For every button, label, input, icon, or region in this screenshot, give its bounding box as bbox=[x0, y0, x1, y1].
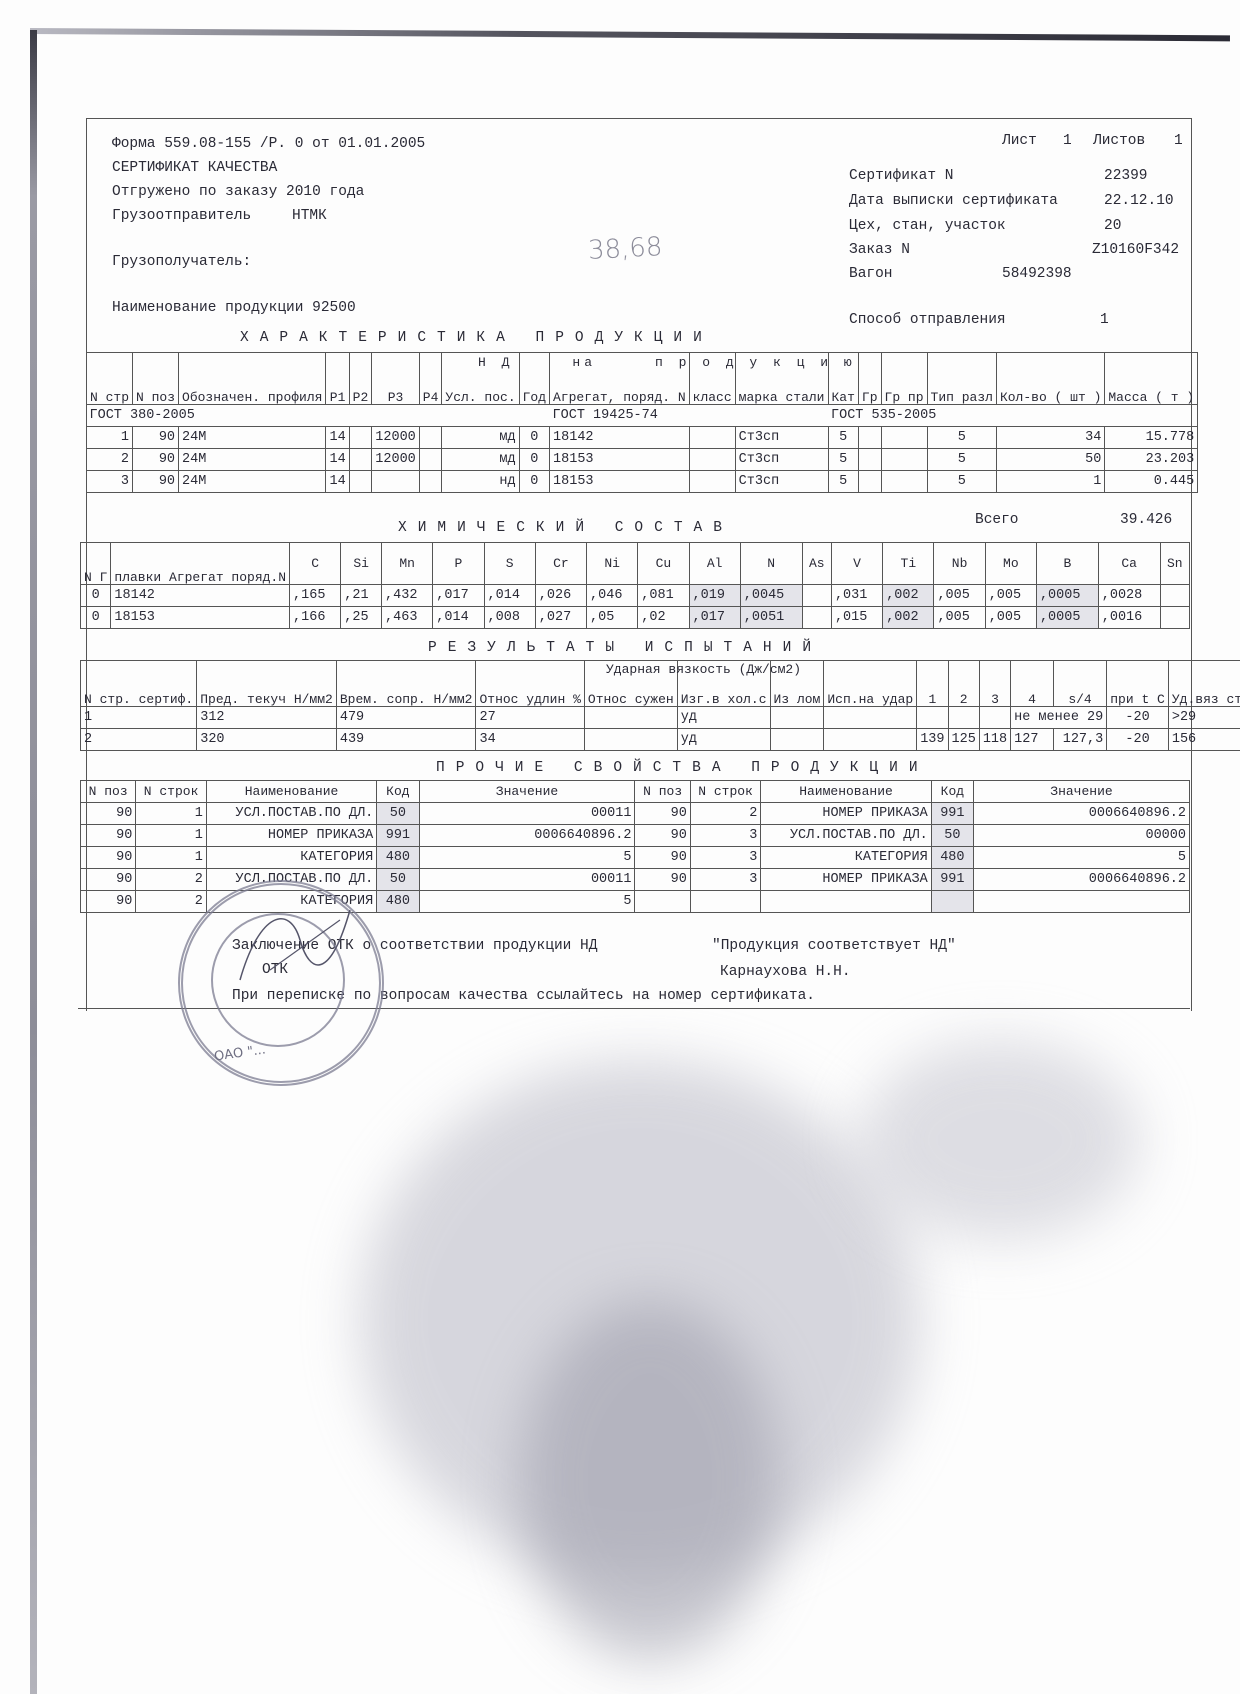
cell-klass bbox=[689, 471, 735, 493]
cell-year: 0 bbox=[519, 471, 549, 493]
cell-p3 bbox=[372, 471, 420, 493]
col-qty: Кол-во ( шт ) bbox=[996, 353, 1104, 405]
col-aged: Уд.вяз старен Дж/см2 bbox=[1168, 661, 1240, 707]
cell-tip: 5 bbox=[927, 471, 996, 493]
cell-i2: 125 bbox=[948, 729, 979, 751]
col-element: Mo bbox=[985, 543, 1036, 585]
col-element: Cr bbox=[535, 543, 586, 585]
cell-value: ,081 bbox=[638, 585, 689, 607]
cell-left-poz: 90 bbox=[81, 803, 136, 825]
cell-value: ,005 bbox=[934, 607, 985, 629]
cell-value: ,017 bbox=[689, 607, 740, 629]
cell-value: ,019 bbox=[689, 585, 740, 607]
col-element: Mn bbox=[382, 543, 433, 585]
col-element: B bbox=[1036, 543, 1098, 585]
cell-grade: Ст3сп bbox=[735, 471, 828, 493]
cell-right-str: 3 bbox=[690, 847, 761, 869]
signature bbox=[230, 900, 370, 990]
wagon-value: 58492398 bbox=[1002, 266, 1072, 282]
cell-right-poz: 90 bbox=[635, 825, 690, 847]
col-p2: P2 bbox=[349, 353, 372, 405]
col-mass: Масса ( т ) bbox=[1105, 353, 1198, 405]
table-row: 232043934уд139125118127127,3-20156 bbox=[81, 729, 1240, 751]
cell-value: ,008 bbox=[484, 607, 535, 629]
col-element: N bbox=[740, 543, 802, 585]
table-row: 901УСЛ.ПОСТАВ.ПО ДЛ.5000011902НОМЕР ПРИК… bbox=[81, 803, 1190, 825]
impact-header: Ударная вязкость (Дж/см2) bbox=[606, 662, 801, 677]
cell-temp: -20 bbox=[1107, 707, 1169, 729]
cert-number: 22399 bbox=[1104, 168, 1148, 184]
cell-impact_test bbox=[824, 729, 917, 751]
cell-right-name: КАТЕГОРИЯ bbox=[761, 847, 931, 869]
cell-left-code: 480 bbox=[377, 891, 419, 913]
consignee-label: Грузополучатель: bbox=[112, 254, 251, 270]
col-element: V bbox=[831, 543, 882, 585]
col-n-poz: N поз bbox=[133, 353, 179, 405]
col-impact: 4 bbox=[1011, 661, 1054, 707]
cell-gr bbox=[858, 471, 881, 493]
inspector-name: Карнаухова Н.Н. bbox=[720, 964, 851, 980]
cell-right-poz: 90 bbox=[635, 847, 690, 869]
cell-tip: 5 bbox=[927, 427, 996, 449]
table-row: 018142,165,21,432,017,014,026,046,081,01… bbox=[81, 585, 1190, 607]
cell-value: ,463 bbox=[382, 607, 433, 629]
shop-label: Цех, стан, участок bbox=[849, 218, 1006, 234]
shipper-label: Грузоотправитель bbox=[112, 208, 251, 224]
table-row: 39024М14нд018153Ст3сп5510.445 bbox=[87, 471, 1198, 493]
table-row: 131247927удне менее 29-20>29 bbox=[81, 707, 1240, 729]
standard-right: ГОСТ 535-2005 bbox=[831, 408, 936, 423]
cell-gr bbox=[858, 449, 881, 471]
cell-left-str: 1 bbox=[136, 847, 207, 869]
standard-left-cell: ГОСТ 380-2005 bbox=[87, 405, 550, 427]
standard-left: ГОСТ 380-2005 bbox=[90, 408, 195, 423]
cell-left-str: 1 bbox=[136, 825, 207, 847]
cell-i1 bbox=[917, 707, 948, 729]
cell-usl: мд bbox=[442, 449, 519, 471]
cell-p3: 12000 bbox=[372, 449, 420, 471]
col-element: As bbox=[802, 543, 831, 585]
cell-kat: 5 bbox=[828, 427, 858, 449]
cell-right-value: 5 bbox=[974, 847, 1190, 869]
cell-value: ,165 bbox=[290, 585, 341, 607]
cell-i3 bbox=[979, 707, 1010, 729]
cell-value: ,0005 bbox=[1036, 585, 1098, 607]
cell-right-str: 3 bbox=[690, 869, 761, 891]
cell-value: ,005 bbox=[934, 585, 985, 607]
cell-gr bbox=[858, 427, 881, 449]
cell-value: ,0016 bbox=[1098, 607, 1160, 629]
cell-p1: 14 bbox=[326, 471, 349, 493]
cell-value: ,027 bbox=[535, 607, 586, 629]
cell-right-poz: 90 bbox=[635, 803, 690, 825]
cell-value: ,21 bbox=[341, 585, 382, 607]
cell-value: ,005 bbox=[985, 585, 1036, 607]
cell-value bbox=[1160, 607, 1189, 629]
sheet-value: 1 bbox=[1063, 133, 1072, 149]
cell-break bbox=[770, 729, 824, 751]
col-prop: N строк bbox=[136, 781, 207, 803]
cell-value: ,031 bbox=[831, 585, 882, 607]
cell-year: 0 bbox=[519, 449, 549, 471]
cell-left-code: 480 bbox=[377, 847, 419, 869]
cell-value: ,002 bbox=[883, 585, 934, 607]
cell-i1: 139 bbox=[917, 729, 948, 751]
order-label: Заказ N bbox=[849, 242, 910, 258]
cell-heat: 18153 bbox=[111, 607, 290, 629]
cell-heat: 18142 bbox=[550, 427, 690, 449]
table-row: 29024М1412000мд018153Ст3сп555023.203 bbox=[87, 449, 1198, 471]
cell-value: ,017 bbox=[433, 585, 484, 607]
cell-left-str: 1 bbox=[136, 803, 207, 825]
col-test: N стр. сертиф. bbox=[81, 661, 197, 707]
cell-s4: 127,3 bbox=[1053, 729, 1106, 751]
cell-left-poz: 90 bbox=[81, 825, 136, 847]
shipped-order: Отгружено по заказу 2010 года bbox=[112, 184, 364, 200]
characteristics-table: N стр N поз Обозначен. профиля P1 P2 P3 … bbox=[86, 352, 1198, 493]
col-test: Относ удлин % bbox=[476, 661, 584, 707]
cell-usl: мд bbox=[442, 427, 519, 449]
cell-kat: 5 bbox=[828, 471, 858, 493]
cell-right-str bbox=[690, 891, 761, 913]
cell-value: ,0005 bbox=[1036, 607, 1098, 629]
cell-grpr bbox=[881, 471, 927, 493]
cell-p2 bbox=[349, 427, 372, 449]
chemistry-table: N Гплавки Агрегат поряд.NCSiMnPSCrNiCuAl… bbox=[80, 542, 1190, 629]
shipping-method-value: 1 bbox=[1100, 312, 1109, 328]
col-prop: Наименование bbox=[761, 781, 931, 803]
col-element: C bbox=[290, 543, 341, 585]
cert-number-label: Сертификат N bbox=[849, 168, 953, 184]
cell-n: 2 bbox=[81, 729, 197, 751]
cell-yield: 312 bbox=[197, 707, 337, 729]
col-p4: P4 bbox=[419, 353, 442, 405]
cell-value: ,015 bbox=[831, 607, 882, 629]
cell-p2 bbox=[349, 471, 372, 493]
cell-p2 bbox=[349, 449, 372, 471]
cell-value: ,014 bbox=[433, 607, 484, 629]
col-prop: Наименование bbox=[206, 781, 376, 803]
cell-right-code bbox=[931, 891, 973, 913]
cell-left-str: 2 bbox=[136, 891, 207, 913]
cell-right-str: 3 bbox=[690, 825, 761, 847]
cell-grpr bbox=[881, 449, 927, 471]
cell-value: ,026 bbox=[535, 585, 586, 607]
total-label: Всего bbox=[975, 512, 1019, 528]
col-element: P bbox=[433, 543, 484, 585]
shipper-value: НТМК bbox=[292, 208, 327, 224]
col-prop: N поз bbox=[635, 781, 690, 803]
cell-yield: 320 bbox=[197, 729, 337, 751]
col-klass: класс bbox=[689, 353, 735, 405]
col-element: Si bbox=[341, 543, 382, 585]
cell-left-str: 2 bbox=[136, 869, 207, 891]
col-grpr: Гр пр bbox=[881, 353, 927, 405]
cell-value bbox=[802, 585, 831, 607]
table-row: 19024М1412000мд018142Ст3сп553415.778 bbox=[87, 427, 1198, 449]
cell-aged: 156 bbox=[1168, 729, 1240, 751]
cell-right-value bbox=[974, 891, 1190, 913]
col-impact: 2 bbox=[948, 661, 979, 707]
cell-grpr bbox=[881, 427, 927, 449]
cell-qty: 50 bbox=[996, 449, 1104, 471]
cell-value bbox=[802, 607, 831, 629]
cell-right-code: 50 bbox=[931, 825, 973, 847]
cell-left-value: 0006640896.2 bbox=[419, 825, 635, 847]
col-p1: P1 bbox=[326, 353, 349, 405]
cell-usl: нд bbox=[442, 471, 519, 493]
cell-value: ,046 bbox=[587, 585, 638, 607]
cell-p4 bbox=[419, 427, 442, 449]
cell-left-value: 00011 bbox=[419, 803, 635, 825]
col-temp: при t С bbox=[1107, 661, 1169, 707]
cell-heat: 18153 bbox=[550, 471, 690, 493]
cell-value: ,0045 bbox=[740, 585, 802, 607]
col-element: Sn bbox=[1160, 543, 1189, 585]
table-row: 901НОМЕР ПРИКАЗА9910006640896.2903УСЛ.ПО… bbox=[81, 825, 1190, 847]
cell-n_poz: 90 bbox=[133, 449, 179, 471]
cell-left-value: 00011 bbox=[419, 869, 635, 891]
cell-profile: 24М bbox=[179, 427, 326, 449]
cell-bend: уд bbox=[677, 707, 770, 729]
cell-i4: 127 bbox=[1011, 729, 1054, 751]
col-prop: N строк bbox=[690, 781, 761, 803]
form-number: Форма 559.08-155 /Р. 0 от 01.01.2005 bbox=[112, 136, 425, 152]
cell-qty: 34 bbox=[996, 427, 1104, 449]
col-gr: Гр bbox=[858, 353, 881, 405]
cell-mass: 15.778 bbox=[1105, 427, 1198, 449]
cell-value: ,0051 bbox=[740, 607, 802, 629]
cell-grade: Ст3сп bbox=[735, 449, 828, 471]
col-usl: Усл. пос. bbox=[442, 353, 519, 405]
cell-impact_test bbox=[824, 707, 917, 729]
cell-left-poz: 90 bbox=[81, 869, 136, 891]
cell-value bbox=[1160, 585, 1189, 607]
cell-profile: 24М bbox=[179, 471, 326, 493]
cell-klass bbox=[689, 449, 735, 471]
col-p3: P3 bbox=[372, 353, 420, 405]
wagon-label: Вагон bbox=[849, 266, 893, 282]
col-impact: 3 bbox=[979, 661, 1010, 707]
col-test: Врем. сопр. Н/мм2 bbox=[336, 661, 476, 707]
cell-g: 0 bbox=[81, 607, 111, 629]
col-impact: s/4 bbox=[1053, 661, 1106, 707]
cell-value: ,002 bbox=[883, 607, 934, 629]
cell-right-value: 0006640896.2 bbox=[974, 869, 1190, 891]
cell-value: ,166 bbox=[290, 607, 341, 629]
cell-n_str: 1 bbox=[87, 427, 133, 449]
cell-i3: 118 bbox=[979, 729, 1010, 751]
sheets-value: 1 bbox=[1174, 133, 1183, 149]
cell-n_str: 2 bbox=[87, 449, 133, 471]
col-element: Ti bbox=[883, 543, 934, 585]
cell-left-poz: 90 bbox=[81, 847, 136, 869]
cell-right-poz: 90 bbox=[635, 869, 690, 891]
col-prop: Код bbox=[931, 781, 973, 803]
cell-heat: 18142 bbox=[111, 585, 290, 607]
cell-n_str: 3 bbox=[87, 471, 133, 493]
cell-impact-note: не менее 29 bbox=[1011, 707, 1107, 729]
col-aggregate: Агрегат, поряд. N bbox=[550, 353, 690, 405]
cell-value: ,005 bbox=[985, 607, 1036, 629]
cell-g: 0 bbox=[81, 585, 111, 607]
cell-temp: -20 bbox=[1107, 729, 1169, 751]
table-row: 901КАТЕГОРИЯ4805903КАТЕГОРИЯ4805 bbox=[81, 847, 1190, 869]
cell-value: ,432 bbox=[382, 585, 433, 607]
cell-right-code: 991 bbox=[931, 803, 973, 825]
total-mass: 39.426 bbox=[1120, 512, 1172, 528]
col-n-str: N стр bbox=[87, 353, 133, 405]
col-profile: Обозначен. профиля bbox=[179, 353, 326, 405]
col-tip: Тип разл bbox=[927, 353, 996, 405]
cell-mass: 23.203 bbox=[1105, 449, 1198, 471]
col-element: S bbox=[484, 543, 535, 585]
cell-tensile: 439 bbox=[336, 729, 476, 751]
cell-klass bbox=[689, 427, 735, 449]
order-value: Z10160F342 bbox=[1092, 242, 1179, 258]
document-title: СЕРТИФИКАТ КАЧЕСТВА bbox=[112, 160, 277, 176]
cell-aged: >29 bbox=[1168, 707, 1240, 729]
cell-left-name: НОМЕР ПРИКАЗА bbox=[206, 825, 376, 847]
cell-tip: 5 bbox=[927, 449, 996, 471]
col-impact: 1 bbox=[917, 661, 948, 707]
cell-left-code: 50 bbox=[377, 869, 419, 891]
characteristics-title: ХАРАКТЕРИСТИКА ПРОДУКЦИИ bbox=[240, 330, 713, 346]
cell-right-name: НОМЕР ПРИКАЗА bbox=[761, 803, 931, 825]
issue-date: 22.12.10 bbox=[1104, 193, 1174, 209]
col-element: Nb bbox=[934, 543, 985, 585]
otk-conclusion: "Продукция соответствует НД" bbox=[712, 938, 956, 954]
scan-smudge bbox=[520, 1300, 780, 1660]
col-element: Ca bbox=[1098, 543, 1160, 585]
cell-value: ,05 bbox=[587, 607, 638, 629]
tests-title: РЕЗУЛЬТАТЫ ИСПЫТАНИЙ bbox=[428, 640, 822, 656]
issue-date-label: Дата выписки сертификата bbox=[849, 193, 1058, 209]
col-test: Пред. текуч Н/мм2 bbox=[197, 661, 337, 707]
chemistry-title: ХИМИЧЕСКИЙ СОСТАВ bbox=[398, 520, 733, 536]
cell-value: ,02 bbox=[638, 607, 689, 629]
col-n-g: N Г bbox=[81, 543, 111, 585]
table-row: 018153,166,25,463,014,008,027,05,02,017,… bbox=[81, 607, 1190, 629]
cell-year: 0 bbox=[519, 427, 549, 449]
cell-grade: Ст3сп bbox=[735, 427, 828, 449]
cell-n_poz: 90 bbox=[133, 471, 179, 493]
col-test: Исп.на удар bbox=[824, 661, 917, 707]
sheets-label: Листов bbox=[1093, 133, 1145, 149]
cell-break bbox=[770, 707, 824, 729]
col-prop: N поз bbox=[81, 781, 136, 803]
standard-right-cell: ГОСТ 535-2005 bbox=[828, 405, 1198, 427]
col-element: Al bbox=[689, 543, 740, 585]
cell-right-poz bbox=[635, 891, 690, 913]
standard-middle: ГОСТ 19425-74 bbox=[553, 408, 658, 423]
cell-i2 bbox=[948, 707, 979, 729]
cell-value: ,25 bbox=[341, 607, 382, 629]
cell-n: 1 bbox=[81, 707, 197, 729]
scan-edge-top bbox=[30, 28, 1230, 41]
cell-profile: 24М bbox=[179, 449, 326, 471]
handwritten-note: 38,68 bbox=[587, 232, 663, 266]
cell-left-code: 991 bbox=[377, 825, 419, 847]
cell-right-name bbox=[761, 891, 931, 913]
cell-tensile: 479 bbox=[336, 707, 476, 729]
col-heat: плавки Агрегат поряд.N bbox=[111, 543, 290, 585]
cell-p4 bbox=[419, 449, 442, 471]
cell-heat: 18153 bbox=[550, 449, 690, 471]
cell-left-code: 50 bbox=[377, 803, 419, 825]
cell-mass: 0.445 bbox=[1105, 471, 1198, 493]
shop-value: 20 bbox=[1104, 218, 1121, 234]
cell-n_poz: 90 bbox=[133, 427, 179, 449]
scan-edge-left bbox=[30, 30, 37, 1694]
cell-bend: уд bbox=[677, 729, 770, 751]
cell-narrow bbox=[584, 707, 677, 729]
standard-middle-cell: ГОСТ 19425-74 bbox=[550, 405, 828, 427]
cell-elong: 34 bbox=[476, 729, 584, 751]
cell-left-poz: 90 bbox=[81, 891, 136, 913]
cell-p4 bbox=[419, 471, 442, 493]
col-prop: Код bbox=[377, 781, 419, 803]
col-grade: марка стали bbox=[735, 353, 828, 405]
col-kat: Кат bbox=[828, 353, 858, 405]
cell-right-str: 2 bbox=[690, 803, 761, 825]
cell-right-name: УСЛ.ПОСТАВ.ПО ДЛ. bbox=[761, 825, 931, 847]
cell-value: ,0028 bbox=[1098, 585, 1160, 607]
other-props-title: ПРОЧИЕ СВОЙСТВА ПРОДУКЦИИ bbox=[436, 760, 929, 776]
cell-right-value: 0006640896.2 bbox=[974, 803, 1190, 825]
cell-right-code: 480 bbox=[931, 847, 973, 869]
cell-p1: 14 bbox=[326, 427, 349, 449]
cell-kat: 5 bbox=[828, 449, 858, 471]
product-name: Наименование продукции 92500 bbox=[112, 300, 356, 316]
shipping-method-label: Способ отправления bbox=[849, 312, 1006, 328]
cell-left-name: КАТЕГОРИЯ bbox=[206, 847, 376, 869]
cell-right-value: 00000 bbox=[974, 825, 1190, 847]
cell-qty: 1 bbox=[996, 471, 1104, 493]
cell-left-value: 5 bbox=[419, 891, 635, 913]
cell-narrow bbox=[584, 729, 677, 751]
cell-p1: 14 bbox=[326, 449, 349, 471]
col-element: Cu bbox=[638, 543, 689, 585]
cell-p3: 12000 bbox=[372, 427, 420, 449]
col-element: Ni bbox=[587, 543, 638, 585]
scan-smudge bbox=[860, 1040, 1140, 1240]
cell-left-name: УСЛ.ПОСТАВ.ПО ДЛ. bbox=[206, 803, 376, 825]
col-prop: Значение bbox=[974, 781, 1190, 803]
cell-right-code: 991 bbox=[931, 869, 973, 891]
cell-value: ,014 bbox=[484, 585, 535, 607]
col-prop: Значение bbox=[419, 781, 635, 803]
sheet-label: Лист bbox=[1002, 133, 1037, 149]
cell-elong: 27 bbox=[476, 707, 584, 729]
cell-right-name: НОМЕР ПРИКАЗА bbox=[761, 869, 931, 891]
col-year: Год bbox=[519, 353, 549, 405]
cell-left-value: 5 bbox=[419, 847, 635, 869]
